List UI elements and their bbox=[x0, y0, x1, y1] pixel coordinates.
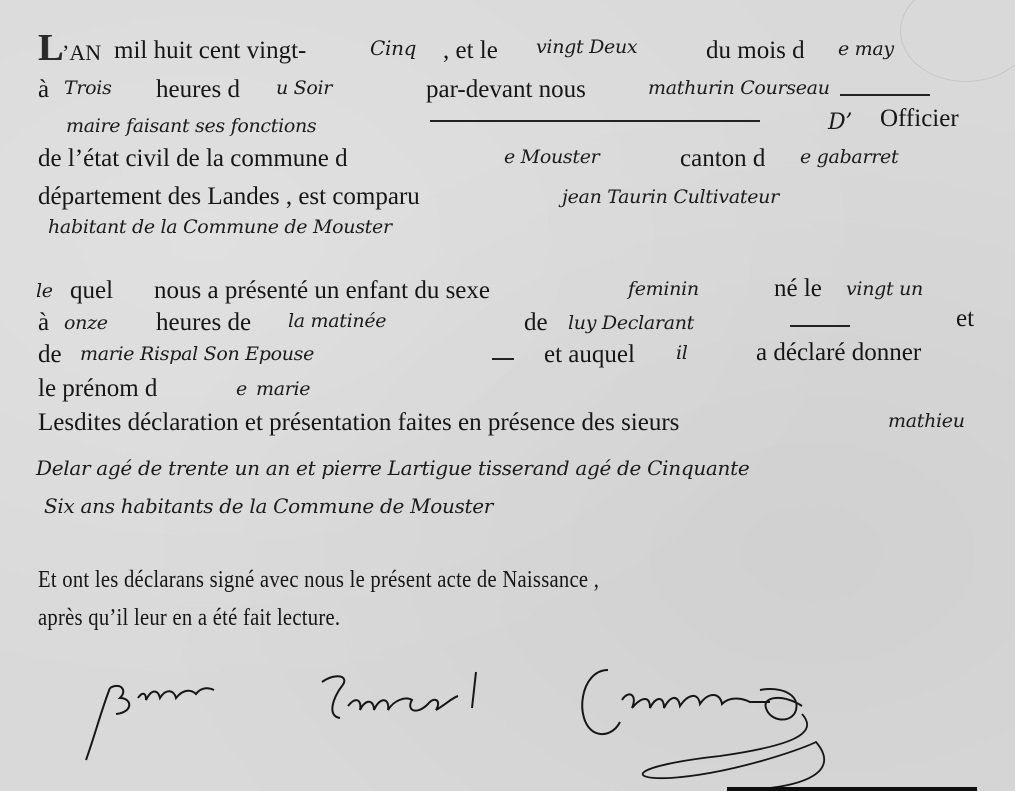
handwritten-canton: e gabarret bbox=[800, 148, 898, 167]
fill-line bbox=[840, 94, 930, 96]
handwritten-given-name: marie bbox=[256, 380, 310, 399]
signature-brun bbox=[80, 668, 260, 773]
faded-stamp bbox=[900, 0, 1015, 82]
handwritten-month: e may bbox=[838, 40, 894, 59]
handwritten-witness-line3: Six ans habitants de la Commune de Moust… bbox=[44, 496, 493, 516]
handwritten-time-of-day: u Soir bbox=[276, 79, 332, 98]
handwritten-birth-day: vingt un bbox=[846, 280, 923, 299]
printed-presente: nous a présenté un enfant du sexe bbox=[154, 278, 490, 303]
handwritten-birth-time: la matinée bbox=[288, 312, 386, 331]
printed-de: de bbox=[524, 310, 548, 335]
printed-par-devant: par-devant nous bbox=[426, 77, 586, 102]
handwritten-officer-role: maire faisant ses fonctions bbox=[66, 117, 316, 136]
handwritten-year-suffix: Cinq bbox=[370, 38, 416, 58]
handwritten-declarant-residence: habitant de la Commune de Mouster bbox=[48, 218, 392, 237]
signature-taurin bbox=[316, 666, 516, 751]
printed-heures: heures d bbox=[156, 77, 240, 102]
handwritten-father: luy Declarant bbox=[568, 314, 694, 333]
handwritten-commune: e Mouster bbox=[504, 148, 599, 167]
handwritten-mother: marie Rispal Son Epouse bbox=[80, 345, 314, 364]
printed-et: et bbox=[956, 306, 974, 331]
handwritten-witness-line2: Delar agé de trente un an et pierre Lart… bbox=[36, 458, 749, 478]
printed-closing-line2: après qu’il leur en a été fait lecture. bbox=[38, 606, 340, 630]
printed-et-le: , et le bbox=[443, 38, 498, 63]
printed-heures-de: heures de bbox=[156, 310, 251, 335]
handwritten-prenom-suffix: e bbox=[236, 380, 247, 399]
fill-line bbox=[790, 325, 850, 327]
printed-de-2: de bbox=[38, 342, 62, 367]
printed-ne-le: né le bbox=[774, 276, 822, 301]
printed-quel: quel bbox=[70, 278, 113, 303]
printed-et-auquel: et auquel bbox=[544, 342, 635, 367]
printed-canton: canton d bbox=[680, 146, 765, 171]
printed-declare-donner: a déclaré donner bbox=[756, 340, 921, 365]
drop-cap-letter: L bbox=[38, 26, 63, 70]
printed-a: à bbox=[38, 77, 49, 102]
birth-certificate-page: L ’AN mil huit cent vingt- Cinq , et le … bbox=[0, 0, 1015, 791]
handwritten-lequel-prefix: le bbox=[36, 282, 53, 301]
fill-line bbox=[492, 358, 514, 360]
handwritten-officer-de: D’ bbox=[828, 112, 852, 134]
printed-etat-civil: de l’état civil de la commune d bbox=[38, 146, 348, 171]
printed-year-text: mil huit cent vingt- bbox=[114, 38, 306, 63]
handwritten-officer-name: mathurin Courseau bbox=[648, 79, 830, 98]
page-edge-bar bbox=[727, 787, 977, 791]
handwritten-declarant: jean Taurin Cultivateur bbox=[562, 188, 779, 207]
handwritten-birth-hour: onze bbox=[64, 314, 108, 333]
handwritten-day: vingt Deux bbox=[536, 38, 637, 57]
printed-an: ’AN bbox=[62, 40, 101, 65]
handwritten-witness-start: mathieu bbox=[888, 412, 965, 431]
printed-le-prenom: le prénom d bbox=[38, 376, 157, 401]
signature-courseau bbox=[570, 660, 850, 791]
printed-closing-line1: Et ont les déclarans signé avec nous le … bbox=[38, 568, 599, 592]
handwritten-pronoun: il bbox=[676, 344, 688, 363]
printed-du-mois: du mois d bbox=[706, 38, 805, 63]
handwritten-hour: Trois bbox=[64, 79, 112, 98]
printed-departement: département des Landes , est comparu bbox=[38, 184, 420, 209]
printed-lesdites: Lesdites déclaration et présentation fai… bbox=[38, 410, 679, 435]
fill-line bbox=[430, 120, 760, 122]
printed-a-2: à bbox=[38, 310, 49, 335]
printed-officier: Officier bbox=[880, 106, 959, 131]
handwritten-sex: feminin bbox=[628, 280, 699, 299]
